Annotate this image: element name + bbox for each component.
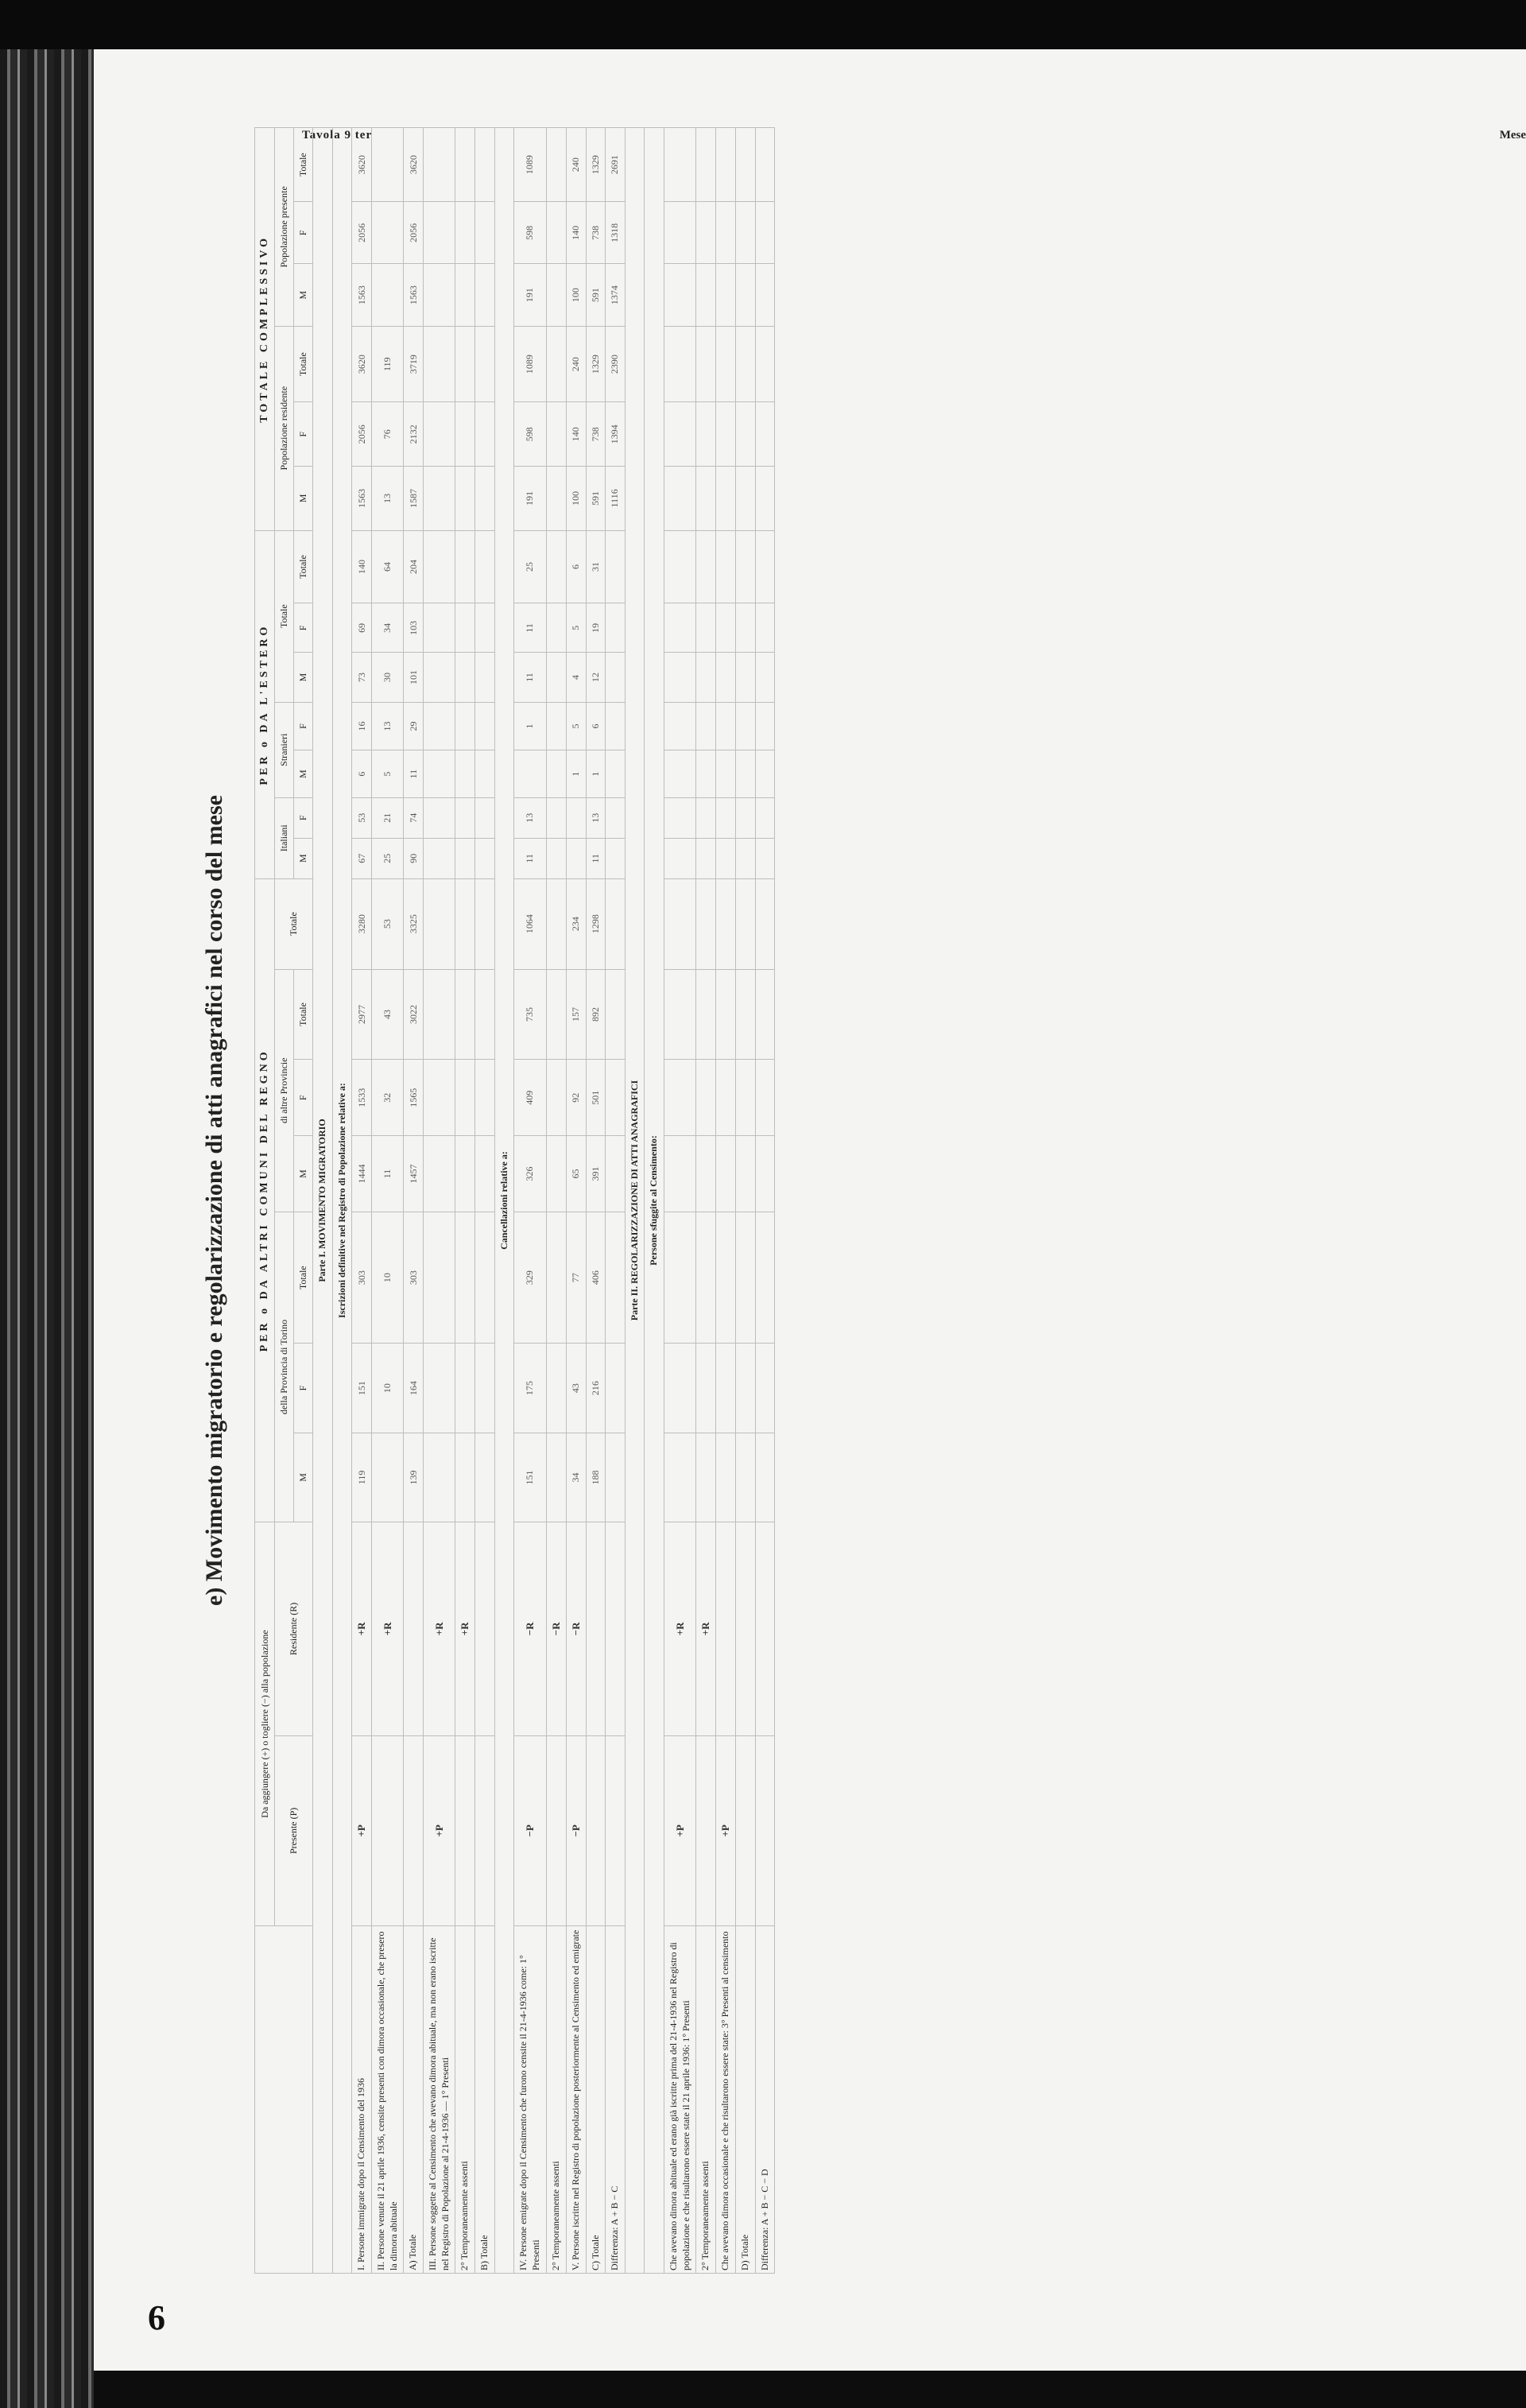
cell-value (455, 838, 475, 878)
table-row: II. Persone venute il 21 aprile 1936, ce… (372, 128, 404, 2274)
cell-value (696, 264, 716, 326)
row-label: Parte II. REGOLARIZZAZIONE DI ATTI ANAGR… (625, 128, 645, 2274)
subcol-t: Totale (294, 1212, 313, 1344)
cell-value (736, 1060, 756, 1136)
cell-value (372, 128, 404, 202)
cell-value (716, 750, 736, 797)
cell-value: 3280 (352, 878, 372, 969)
cell-value: 216 (586, 1344, 606, 1433)
cell-value (696, 838, 716, 878)
cell-value (736, 264, 756, 326)
cell-value: 1116 (606, 467, 626, 531)
cell-value (716, 1344, 736, 1433)
cell-value: 90 (404, 838, 424, 878)
subcol-f: F (294, 1060, 313, 1136)
cell-value: 43 (372, 969, 404, 1060)
cell-value: 92 (566, 1060, 586, 1136)
cell-value (546, 797, 566, 838)
cell-value: 1374 (606, 264, 626, 326)
cell-value (755, 653, 775, 702)
sign-p: +P (352, 1735, 372, 1925)
cell-value (546, 530, 566, 603)
cell-value: 3620 (352, 326, 372, 402)
cell-value (546, 838, 566, 878)
cell-value (423, 402, 455, 467)
cell-value (736, 797, 756, 838)
cell-value: 100 (566, 264, 586, 326)
cell-value (755, 467, 775, 531)
cell-value (755, 797, 775, 838)
cell-value: 188 (586, 1433, 606, 1522)
table-row: Differenza: A + B − C1116139423901374131… (606, 128, 626, 2274)
cell-value (606, 1136, 626, 1212)
cell-value (546, 969, 566, 1060)
table-row: Parte II. REGOLARIZZAZIONE DI ATTI ANAGR… (625, 128, 645, 2274)
cell-value (372, 264, 404, 326)
sign-r (755, 1522, 775, 1736)
cell-value (546, 603, 566, 653)
sign-p: −P (514, 1735, 546, 1925)
cell-value (755, 1344, 775, 1433)
cell-value (423, 838, 455, 878)
cell-value: 1 (514, 702, 546, 750)
sign-p (455, 1735, 475, 1925)
cell-value: 25 (514, 530, 546, 603)
cell-value (696, 797, 716, 838)
cell-value: 19 (586, 603, 606, 653)
cell-value (475, 797, 495, 838)
cell-value (455, 797, 475, 838)
cell-value (736, 603, 756, 653)
cell-value (455, 264, 475, 326)
cell-value: 738 (586, 402, 606, 467)
row-label: D) Totale (736, 1926, 756, 2274)
cell-value (736, 467, 756, 531)
cell-value (546, 1433, 566, 1522)
cell-value: 1329 (586, 128, 606, 202)
row-label: II. Persone venute il 21 aprile 1936, ce… (372, 1926, 404, 2274)
cell-value: 1318 (606, 202, 626, 264)
table-row: A) Totale1391643031457156530223325907411… (404, 128, 424, 2274)
cell-value: 1587 (404, 467, 424, 531)
row-label-header (255, 1926, 313, 2274)
cell-value (664, 1136, 695, 1212)
cell-value (475, 702, 495, 750)
col-da-aggiungere: Da aggiungere (+) o togliere (−) alla po… (255, 1522, 275, 1926)
cell-value (755, 1060, 775, 1136)
col-residente: Residente (R) (275, 1522, 313, 1736)
subcol-m: M (294, 750, 313, 797)
row-label: Differenza: A + B − C (606, 1926, 626, 2274)
cell-value (423, 326, 455, 402)
sign-p (606, 1735, 626, 1925)
subcol-f: F (294, 402, 313, 467)
cell-value (455, 326, 475, 402)
table-row: IV. Persone emigrate dopo il Censimento … (514, 128, 546, 2274)
cell-value (455, 653, 475, 702)
cell-value: 12 (586, 653, 606, 702)
cell-value (736, 878, 756, 969)
cell-value (546, 202, 566, 264)
cell-value (736, 969, 756, 1060)
sign-p (586, 1735, 606, 1925)
cell-value: 391 (586, 1136, 606, 1212)
cell-value: 21 (372, 797, 404, 838)
cell-value (606, 1344, 626, 1433)
sign-r: +R (352, 1522, 372, 1736)
cell-value (423, 467, 455, 531)
cell-value (455, 969, 475, 1060)
cell-value (716, 702, 736, 750)
cell-value: 191 (514, 467, 546, 531)
cell-value (755, 969, 775, 1060)
sign-p: +P (716, 1735, 736, 1925)
cell-value: 1089 (514, 326, 546, 402)
col-pop-presente: Popolazione presente (275, 128, 294, 327)
table-row: D) Totale (736, 128, 756, 2274)
col-group-estero: PER o DA L'ESTERO (255, 530, 275, 878)
subcol-f: F (294, 603, 313, 653)
cell-value: 101 (404, 653, 424, 702)
cell-value: 892 (586, 969, 606, 1060)
cell-value: 65 (566, 1136, 586, 1212)
cell-value (755, 603, 775, 653)
cell-value: 6 (586, 702, 606, 750)
row-label: Che avevano dimora occasionale e che ris… (716, 1926, 736, 2274)
row-label: C) Totale (586, 1926, 606, 2274)
cell-value (606, 1060, 626, 1136)
cell-value: 53 (352, 797, 372, 838)
subcol-t: Totale (294, 969, 313, 1060)
cell-value (423, 530, 455, 603)
table-row: Parte I. MOVIMENTO MIGRATORIO (313, 128, 333, 2274)
cell-value (696, 530, 716, 603)
cell-value (664, 969, 695, 1060)
subcol-m: M (294, 264, 313, 326)
cell-value: 34 (566, 1433, 586, 1522)
cell-value (755, 128, 775, 202)
cell-value: 13 (586, 797, 606, 838)
cell-value (606, 603, 626, 653)
cell-value (546, 128, 566, 202)
row-label: III. Persone soggette al Censimento che … (423, 1926, 455, 2274)
cell-value (696, 202, 716, 264)
cell-value (546, 1212, 566, 1344)
cell-value: 139 (404, 1433, 424, 1522)
cell-value (736, 702, 756, 750)
cell-value: 151 (514, 1433, 546, 1522)
col-stranieri: Stranieri (275, 702, 294, 797)
cell-value (716, 326, 736, 402)
cell-value (664, 797, 695, 838)
sign-r: +R (372, 1522, 404, 1736)
cell-value (755, 326, 775, 402)
cell-value: 31 (586, 530, 606, 603)
page-number: 6 (148, 2297, 165, 2338)
sign-r: +R (455, 1522, 475, 1736)
col-pop-residente: Popolazione residente (275, 326, 294, 530)
row-label: Differenza: A + B − C − D (755, 1926, 775, 2274)
cell-value (716, 797, 736, 838)
cell-value (606, 878, 626, 969)
table-row: B) Totale (475, 128, 495, 2274)
cell-value (696, 653, 716, 702)
cell-value: 5 (566, 702, 586, 750)
cell-value: 29 (404, 702, 424, 750)
cell-value (546, 653, 566, 702)
cell-value (475, 1212, 495, 1344)
rotated-table-sheet: e) Movimento migratorio e regolarizzazio… (191, 127, 1526, 2274)
cell-value: 3719 (404, 326, 424, 402)
cell-value (455, 202, 475, 264)
cell-value (423, 1433, 455, 1522)
cell-value (736, 402, 756, 467)
cell-value (546, 1344, 566, 1433)
cell-value (423, 1212, 455, 1344)
cell-value (423, 1136, 455, 1212)
subcol-f: F (294, 702, 313, 750)
subcol-t: Totale (294, 128, 313, 202)
cell-value: 10 (372, 1212, 404, 1344)
cell-value (755, 202, 775, 264)
cell-value (455, 402, 475, 467)
cell-value (696, 1136, 716, 1212)
cell-value (606, 702, 626, 750)
cell-value: 1457 (404, 1136, 424, 1212)
cell-value (716, 530, 736, 603)
table-row: Iscrizioni definitive nel Registro di Po… (332, 128, 352, 2274)
cell-value (664, 202, 695, 264)
cell-value (664, 603, 695, 653)
sign-p: +P (423, 1735, 455, 1925)
cell-value (664, 1433, 695, 1522)
table-row: 2° Temporaneamente assenti−R (546, 128, 566, 2274)
cell-value (664, 838, 695, 878)
cell-value (716, 402, 736, 467)
cell-value (455, 750, 475, 797)
cell-value (546, 264, 566, 326)
cell-value: 3620 (352, 128, 372, 202)
cell-value (475, 467, 495, 531)
cell-value (716, 202, 736, 264)
subcol-f: F (294, 202, 313, 264)
sign-r: −R (566, 1522, 586, 1736)
sign-p (372, 1735, 404, 1925)
cell-value: 329 (514, 1212, 546, 1344)
sign-r: +R (696, 1522, 716, 1736)
cell-value (455, 878, 475, 969)
subcol-f: F (294, 1344, 313, 1433)
sign-p: +P (664, 1735, 695, 1925)
col-group-altri-comuni: PER o DA ALTRI COMUNI DEL REGNO (255, 878, 275, 1522)
row-label: B) Totale (475, 1926, 495, 2274)
cell-value (423, 264, 455, 326)
cell-value: 11 (372, 1136, 404, 1212)
cell-value (716, 1060, 736, 1136)
cell-value (716, 1433, 736, 1522)
cell-value (696, 969, 716, 1060)
table-row: Che avevano dimora abituale ed erano già… (664, 128, 695, 2274)
cell-value: 53 (372, 878, 404, 969)
cell-value: 5 (372, 750, 404, 797)
cell-value (696, 702, 716, 750)
cell-value (475, 969, 495, 1060)
cell-value (423, 202, 455, 264)
cell-value (546, 878, 566, 969)
cell-value: 2691 (606, 128, 626, 202)
cell-value: 735 (514, 969, 546, 1060)
row-label: I. Persone immigrate dopo il Censimento … (352, 1926, 372, 2274)
cell-value: 30 (372, 653, 404, 702)
cell-value (475, 1136, 495, 1212)
col-totale-regno: Totale (275, 878, 313, 969)
cell-value (546, 467, 566, 531)
cell-value: 11 (586, 838, 606, 878)
cell-value (664, 402, 695, 467)
sign-r: +R (664, 1522, 695, 1736)
cell-value: 13 (514, 797, 546, 838)
cell-value (696, 467, 716, 531)
cell-value: 1563 (352, 467, 372, 531)
cell-value: 5 (566, 603, 586, 653)
col-italiani: Italiani (275, 797, 294, 878)
cell-value (716, 878, 736, 969)
cell-value (736, 128, 756, 202)
cell-value (755, 702, 775, 750)
cell-value: 157 (566, 969, 586, 1060)
sign-r (586, 1522, 606, 1736)
sign-r: +R (423, 1522, 455, 1736)
cell-value: 32 (372, 1060, 404, 1136)
cell-value (716, 1212, 736, 1344)
cell-value: 2056 (404, 202, 424, 264)
cell-value: 591 (586, 467, 606, 531)
cell-value: 77 (566, 1212, 586, 1344)
table-row: 2° Temporaneamente assenti+R (455, 128, 475, 2274)
cell-value (716, 467, 736, 531)
cell-value (606, 653, 626, 702)
cell-value (716, 264, 736, 326)
subcol-t: Totale (294, 326, 313, 402)
row-label: Che avevano dimora abituale ed erano già… (664, 1926, 695, 2274)
cell-value: 140 (566, 402, 586, 467)
cell-value (606, 1433, 626, 1522)
sign-r: −R (514, 1522, 546, 1736)
cell-value: 598 (514, 402, 546, 467)
cell-value: 76 (372, 402, 404, 467)
cell-value (455, 1344, 475, 1433)
cell-value: 11 (514, 653, 546, 702)
cell-value: 13 (372, 467, 404, 531)
cell-value: 69 (352, 603, 372, 653)
row-label: 2° Temporaneamente assenti (455, 1926, 475, 2274)
cell-value (566, 797, 586, 838)
cell-value: 2056 (352, 402, 372, 467)
row-label: Cancellazioni relative a: (494, 128, 514, 2274)
cell-value (455, 1136, 475, 1212)
cell-value: 34 (372, 603, 404, 653)
cell-value (423, 1344, 455, 1433)
cell-value: 598 (514, 202, 546, 264)
cell-value: 1089 (514, 128, 546, 202)
cell-value: 1444 (352, 1136, 372, 1212)
sign-p: −P (566, 1735, 586, 1925)
cell-value: 73 (352, 653, 372, 702)
cell-value (455, 1433, 475, 1522)
cell-value (606, 1212, 626, 1344)
cell-value (606, 797, 626, 838)
cell-value (755, 750, 775, 797)
cell-value (664, 1212, 695, 1344)
row-label: V. Persone iscritte nel Registro di popo… (566, 1926, 586, 2274)
cell-value (455, 530, 475, 603)
cell-value (475, 326, 495, 402)
sign-r (716, 1522, 736, 1736)
cell-value: 67 (352, 838, 372, 878)
cell-value: 3620 (404, 128, 424, 202)
table-row: V. Persone iscritte nel Registro di popo… (566, 128, 586, 2274)
col-altre-prov: di altre Provincie (275, 969, 294, 1212)
cell-value (423, 702, 455, 750)
cell-value: 1064 (514, 878, 546, 969)
cell-value (606, 838, 626, 878)
cell-value: 1563 (352, 264, 372, 326)
cell-value (664, 467, 695, 531)
cell-value (664, 1060, 695, 1136)
cell-value (664, 264, 695, 326)
cell-value (546, 750, 566, 797)
cell-value (606, 750, 626, 797)
cell-value (664, 1344, 695, 1433)
cell-value: 303 (352, 1212, 372, 1344)
cell-value (475, 264, 495, 326)
cell-value (455, 603, 475, 653)
col-prov-torino: della Provincia di Torino (275, 1212, 294, 1522)
subcol-m: M (294, 1433, 313, 1522)
cell-value (423, 750, 455, 797)
sign-r (404, 1522, 424, 1736)
cell-value (755, 530, 775, 603)
cell-value (716, 969, 736, 1060)
cell-value (664, 326, 695, 402)
cell-value: 1394 (606, 402, 626, 467)
cell-value: 119 (352, 1433, 372, 1522)
col-group-complessivo: TOTALE COMPLESSIVO (255, 128, 275, 531)
cell-value (716, 838, 736, 878)
cell-value: 6 (352, 750, 372, 797)
cell-value (423, 878, 455, 969)
cell-value: 591 (586, 264, 606, 326)
cell-value (664, 878, 695, 969)
cell-value (455, 702, 475, 750)
cell-value: 100 (566, 467, 586, 531)
cell-value (696, 1212, 716, 1344)
cell-value: 2056 (352, 202, 372, 264)
cell-value: 2977 (352, 969, 372, 1060)
row-label: Parte I. MOVIMENTO MIGRATORIO (313, 128, 333, 2274)
cell-value (475, 202, 495, 264)
cell-value (696, 128, 716, 202)
cell-value (475, 402, 495, 467)
cell-value (736, 326, 756, 402)
cell-value: 2390 (606, 326, 626, 402)
cell-value (455, 1212, 475, 1344)
migration-table: Da aggiungere (+) o togliere (−) alla po… (254, 127, 775, 2274)
cell-value (736, 1344, 756, 1433)
col-totale-estero: Totale (275, 530, 294, 702)
cell-value: 43 (566, 1344, 586, 1433)
cell-value: 1329 (586, 326, 606, 402)
